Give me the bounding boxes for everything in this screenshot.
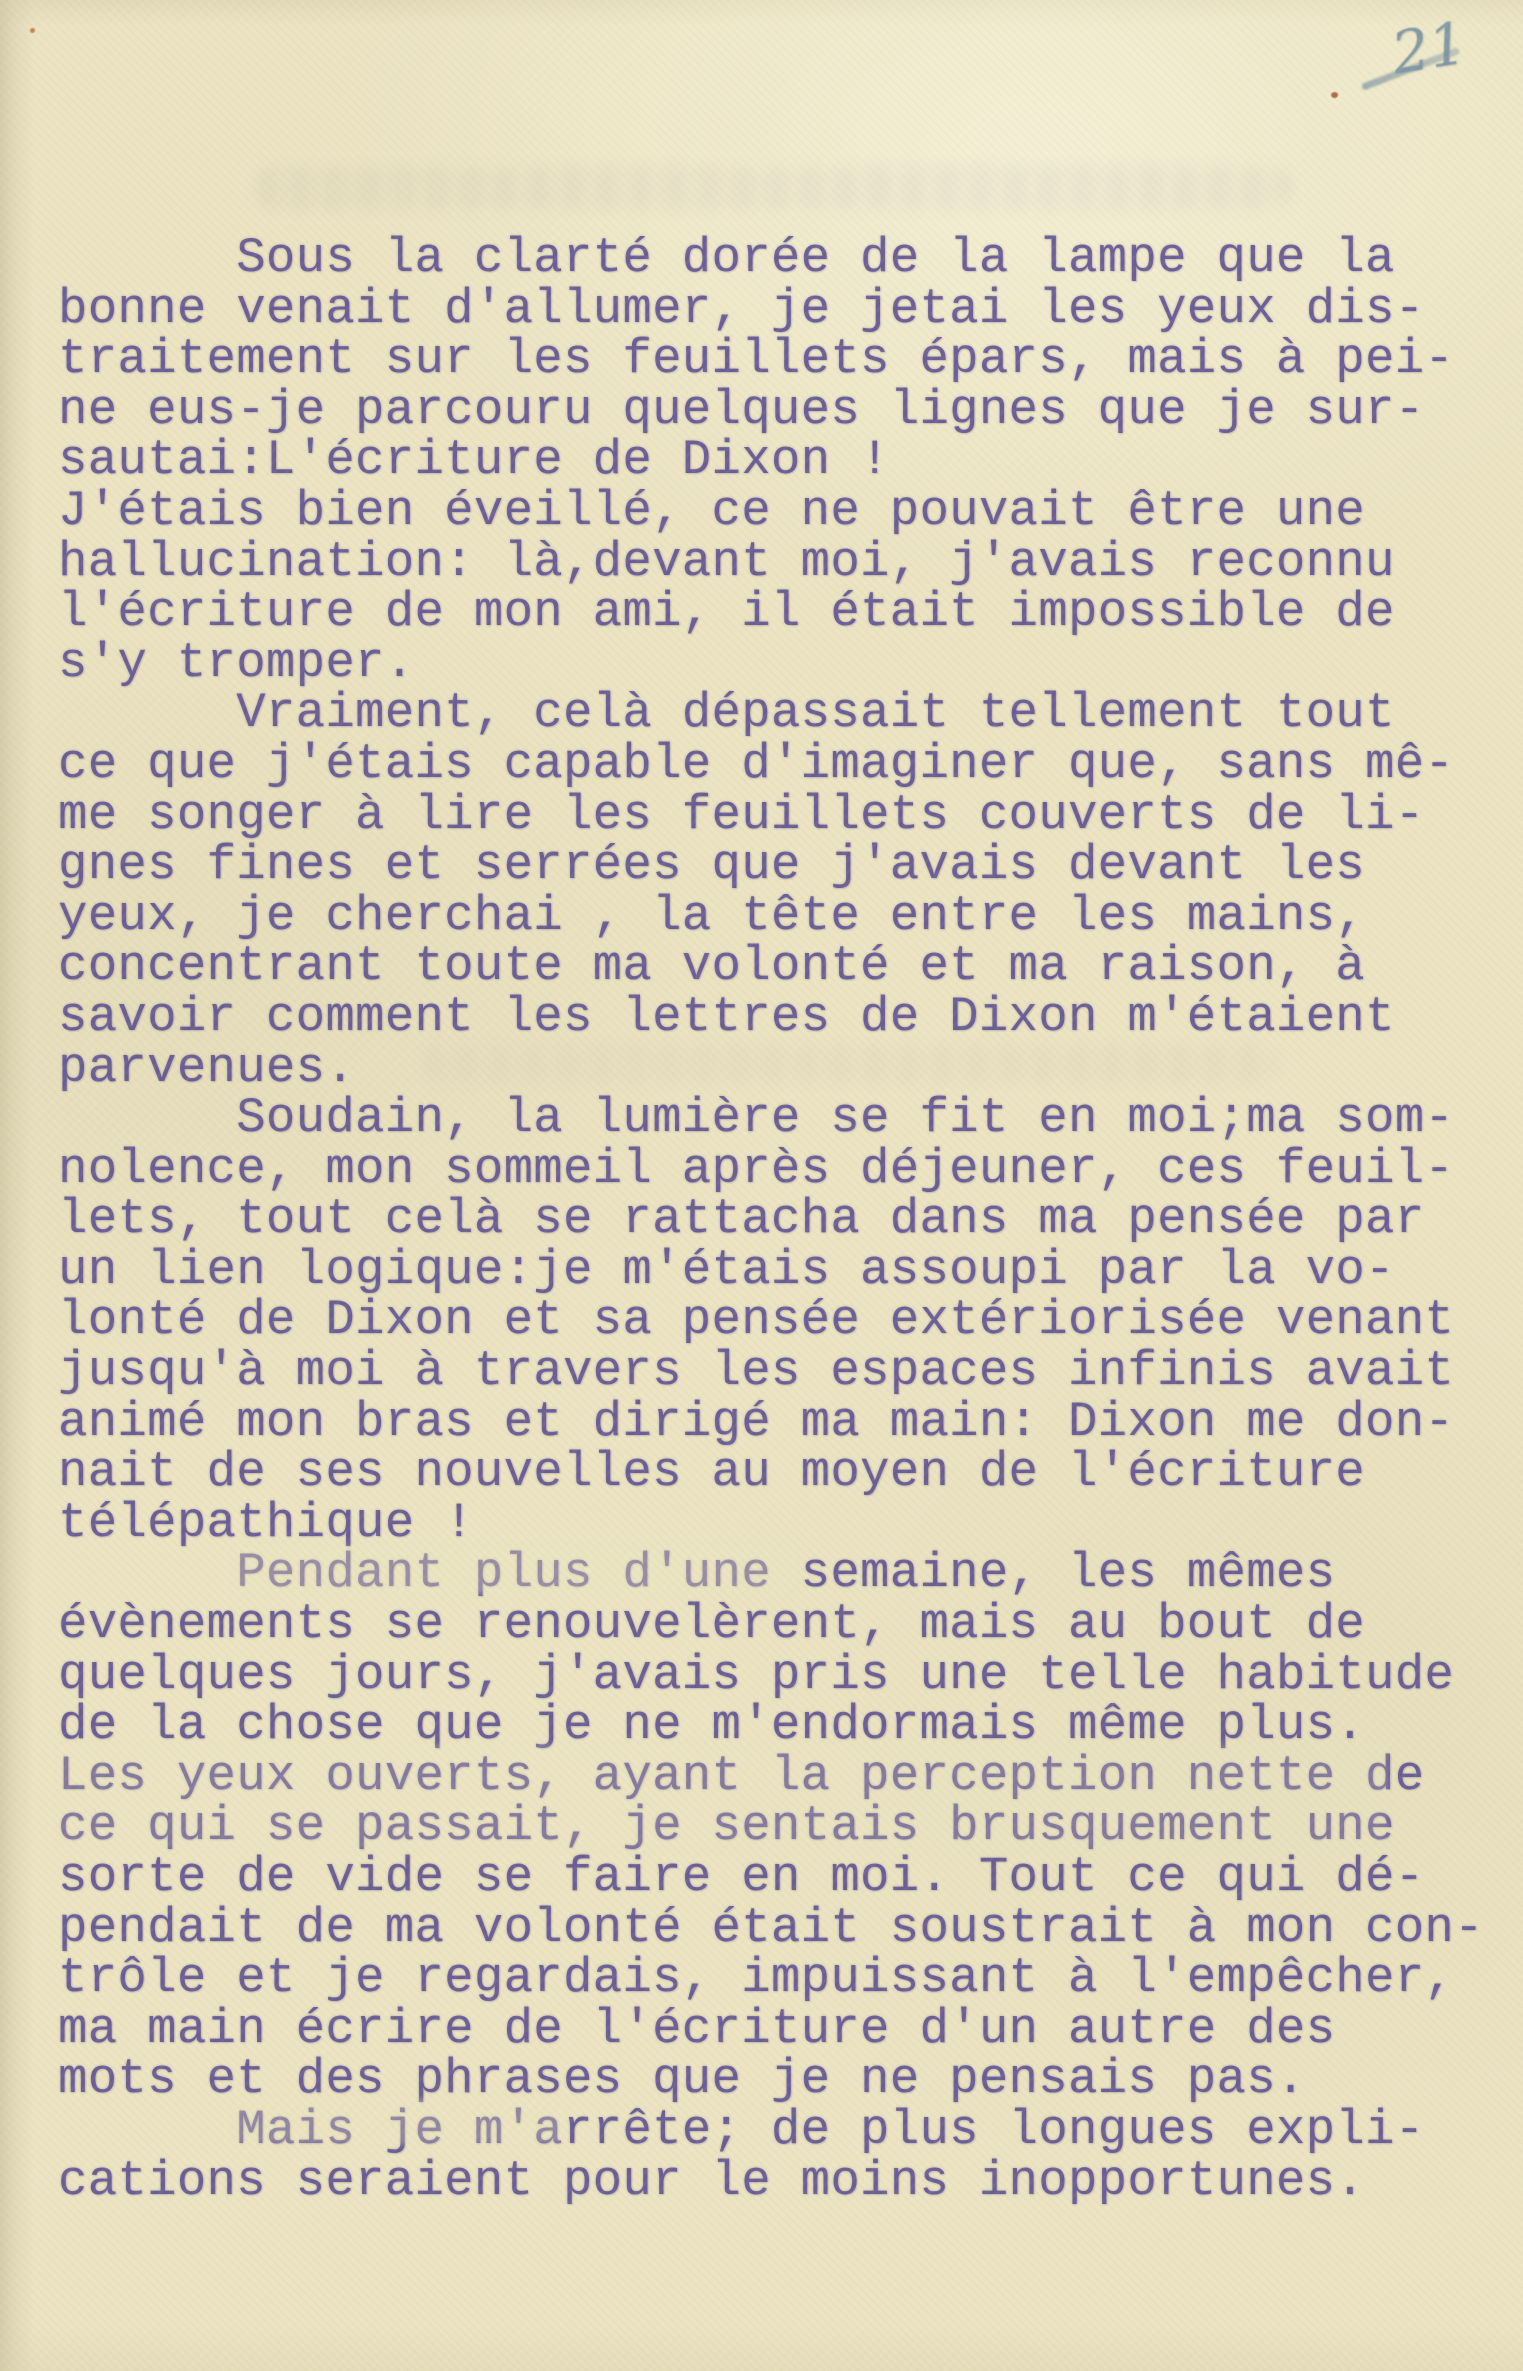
scanned-manuscript-page: 21 Sous la clarté dorée de la lampe que … bbox=[0, 0, 1523, 2371]
typewritten-body-text: Sous la clarté dorée de la lampe que la … bbox=[58, 233, 1484, 2206]
paper-speck bbox=[30, 28, 35, 33]
ink-transfer-smudge-top bbox=[255, 166, 1295, 210]
paper-speck bbox=[1331, 92, 1338, 98]
